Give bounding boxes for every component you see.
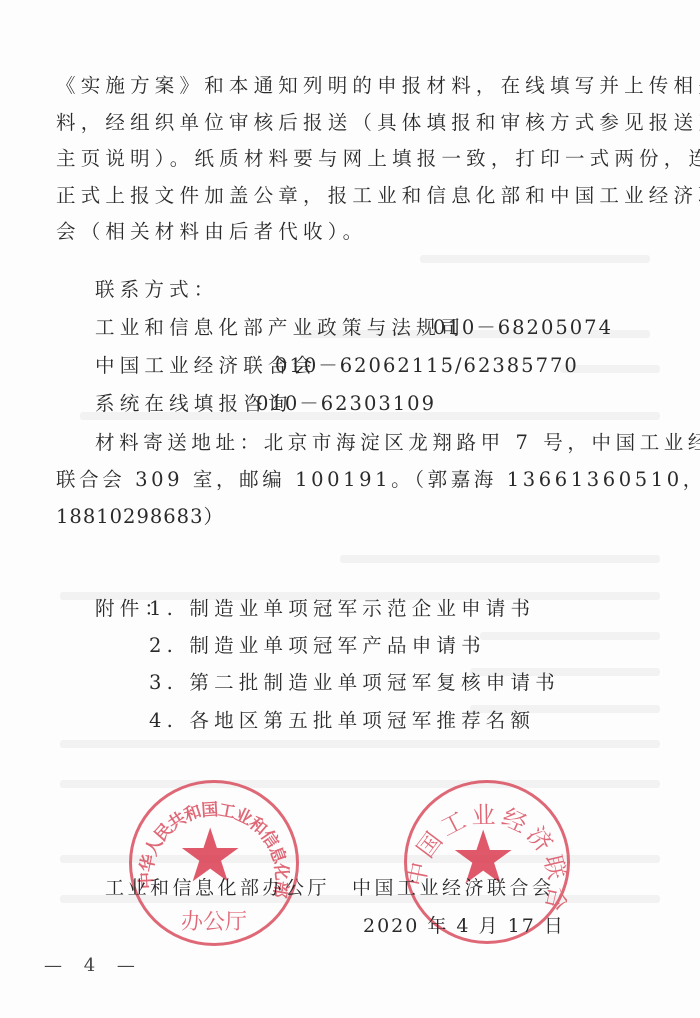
body-line: 料，经组织单位审核后报送（具体填报和审核方式参见报送系统: [56, 111, 700, 135]
official-seal-miit: 中华人民共和国工业和信息化部 办公厅 ★: [129, 780, 299, 946]
contact-entry-phone: 010－68205074: [433, 316, 613, 340]
contact-entry-name: 工业和信息化部产业政策与法规司: [95, 316, 466, 340]
attachment-item: 1. 制造业单项冠军示范企业申请书: [149, 597, 535, 621]
contact-entry-phone: 010－62303109: [256, 392, 436, 416]
address-line: 18810298683）: [56, 505, 224, 529]
signature-right: 中国工业经济联合会: [352, 873, 555, 900]
signature-date: 2020 年 4 月 17 日: [363, 911, 565, 938]
attachment-item: 2. 制造业单项冠军产品申请书: [149, 634, 486, 658]
body-line: 会（相关材料由后者代收）。: [56, 220, 367, 244]
attachment-item: 3. 第二批制造业单项冠军复核申请书: [149, 671, 560, 695]
attachment-item: 4. 各地区第五批单项冠军推荐名额: [149, 709, 535, 733]
body-line: 《实施方案》和本通知列明的申报材料，在线填写并上传相关材: [56, 74, 700, 98]
address-line: 联合会 309 室，邮编 100191。（郭嘉海 13661360510，张炜婷: [56, 468, 700, 492]
body-line: 正式上报文件加盖公章，报工业和信息化部和中国工业经济联合: [56, 184, 700, 208]
svg-text:办公厅: 办公厅: [181, 910, 247, 935]
contact-entry-phone: 010－62062115/62385770: [275, 354, 579, 378]
contact-heading: 联系方式：: [95, 278, 219, 302]
signature-left: 工业和信息化部办公厅: [105, 873, 330, 900]
page-number: — 4 —: [44, 955, 143, 976]
body-line: 主页说明）。纸质材料要与网上填报一致，打印一式两份，连同: [56, 147, 700, 171]
address-line: 材料寄送地址：北京市海淀区龙翔路甲 7 号，中国工业经济: [95, 431, 700, 455]
